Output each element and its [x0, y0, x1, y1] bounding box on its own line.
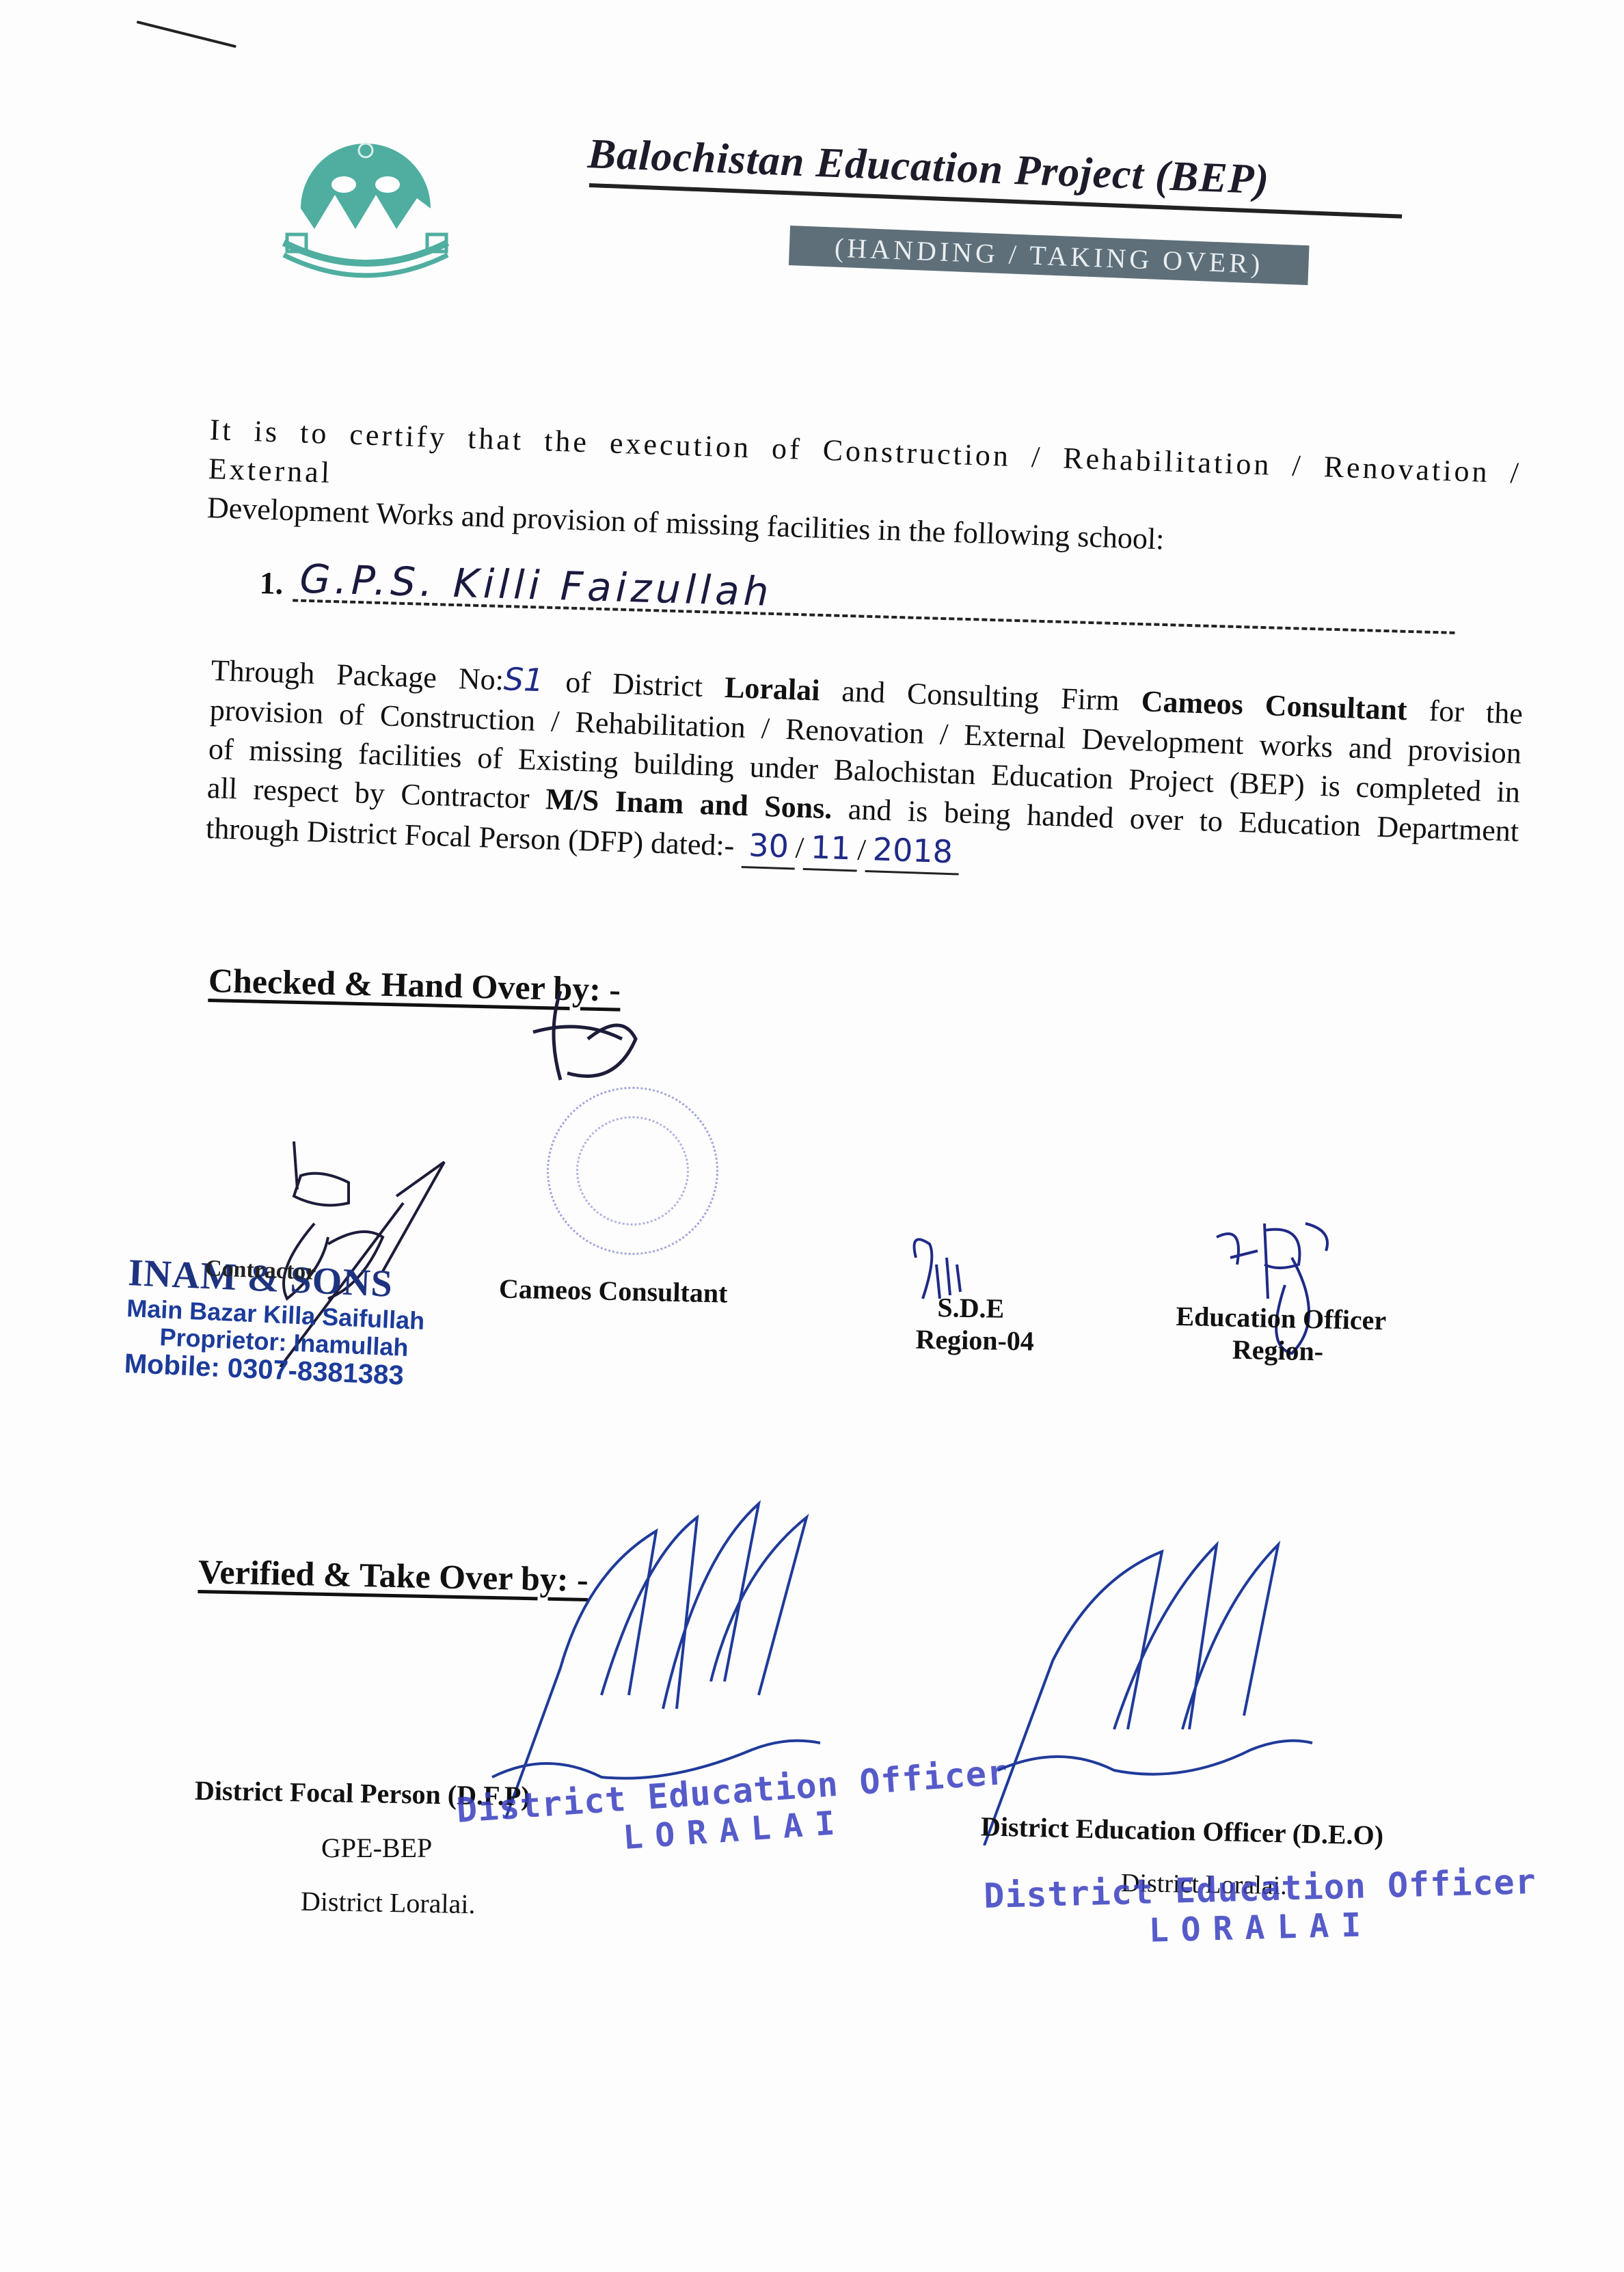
date-day: 30 [741, 825, 796, 869]
dfp-district: District Loralai. [301, 1885, 476, 1920]
document-page: Balochistan Education Project (BEP) (HAN… [0, 0, 1624, 2272]
education-officer-region: Region- [1175, 1332, 1381, 1368]
deo-department-stamp: District Education Officer LORALAI [984, 1862, 1538, 1954]
dfp-gpe-bep: GPE-BEP [321, 1832, 432, 1864]
school-number: 1. [259, 565, 284, 601]
consultant-label: Cameos Consultant [499, 1273, 728, 1310]
contractor-label: Contractor [204, 1256, 316, 1286]
contractor-name: M/S Inam and Sons. [545, 783, 833, 826]
intro-paragraph: It is to certify that the execution of C… [206, 410, 1522, 571]
education-officer-label: Education Officer Region- [1175, 1300, 1381, 1368]
pen-mark [137, 21, 237, 48]
body-paragraph: Through Package No:S1 of District Lorala… [205, 649, 1524, 894]
document-title: Balochistan Education Project (BEP) [587, 130, 1271, 204]
school-entry: 1. G.P.S. Killi Faizullah [259, 557, 1456, 634]
date-year: 2018 [865, 829, 960, 875]
school-name-handwritten: G.P.S. Killi Faizullah [299, 556, 774, 615]
date-month: 11 [803, 827, 858, 871]
sde-label: S.D.E Region-04 [915, 1291, 1026, 1357]
consulting-firm: Cameos Consultant [1141, 684, 1407, 727]
sde-region: Region-04 [915, 1323, 1025, 1357]
consultant-round-stamp [547, 1087, 718, 1255]
document-subtitle: (HANDING / TAKING OVER) [789, 226, 1310, 285]
bep-logo-icon [263, 113, 468, 284]
district-name: Loralai [724, 671, 820, 707]
deo-signature-icon [957, 1524, 1340, 1845]
package-number: S1 [503, 660, 544, 699]
school-name-field: G.P.S. Killi Faizullah [293, 558, 1457, 634]
